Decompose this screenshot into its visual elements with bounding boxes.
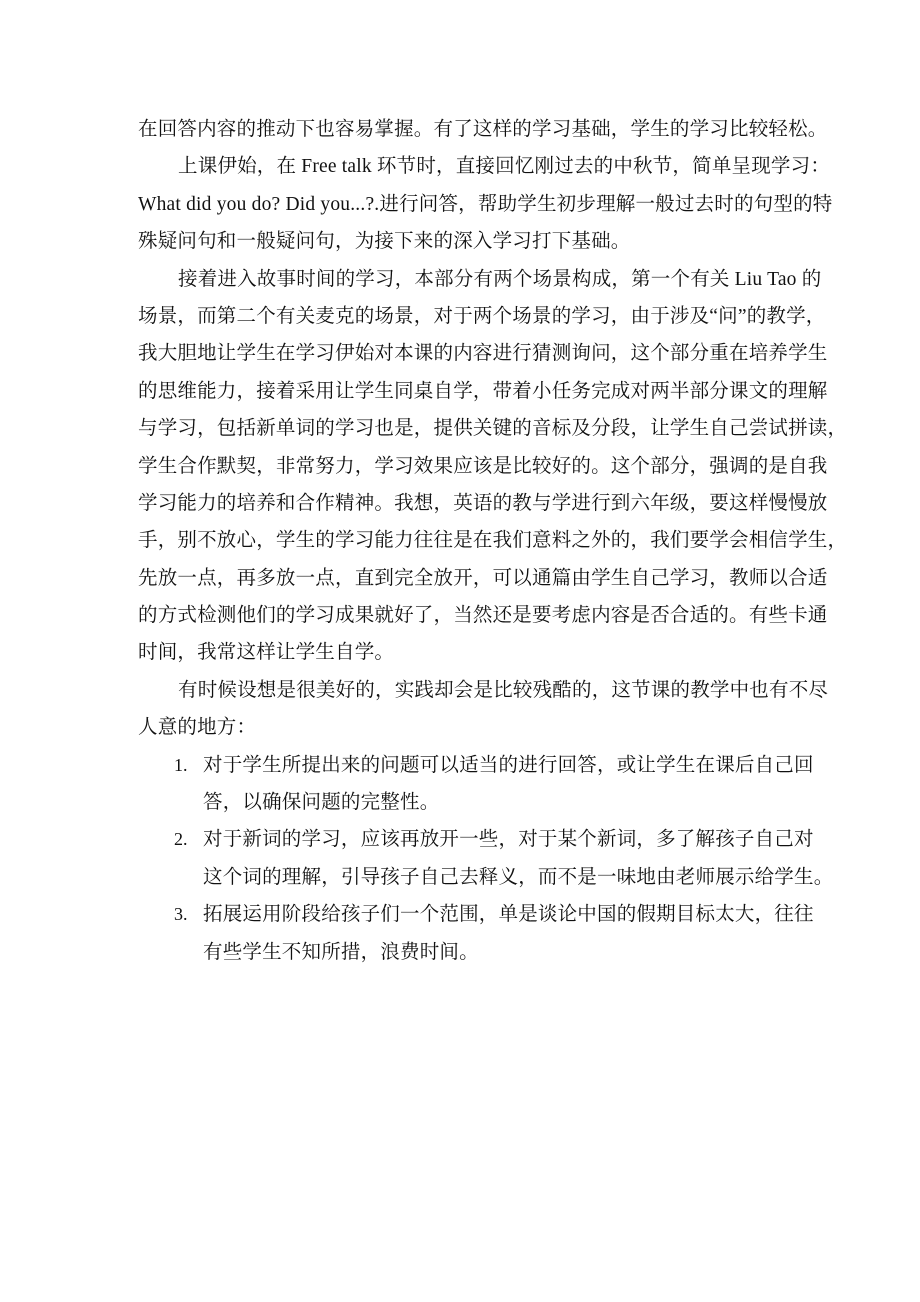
text-line: 与学习，包括新单词的学习也是，提供关键的音标及分段，让学生自己尝试拼读， xyxy=(138,410,782,447)
paragraph-story-time: 接着进入故事时间的学习，本部分有两个场景构成，第一个有关 Liu Tao 的 场… xyxy=(138,261,782,672)
text-line: 手，别不放心，学生的学习能力往往是在我们意料之外的，我们要学会相信学生， xyxy=(138,522,782,559)
text-line: 上课伊始，在 Free talk 环节时，直接回忆刚过去的中秋节，简单呈现学习： xyxy=(138,148,782,185)
list-number: 1. xyxy=(174,747,188,784)
paragraph-continuation: 在回答内容的推动下也容易掌握。有了这样的学习基础，学生的学习比较轻松。 xyxy=(138,111,782,148)
text-line: 的思维能力，接着采用让学生同桌自学，带着小任务完成对两半部分课文的理解 xyxy=(138,373,782,410)
paragraph-free-talk: 上课伊始，在 Free talk 环节时，直接回忆刚过去的中秋节，简单呈现学习：… xyxy=(138,148,782,260)
text-line: 场景，而第二个有关麦克的场景，对于两个场景的学习，由于涉及“问”的教学， xyxy=(138,298,782,335)
text-line: 答，以确保问题的完整性。 xyxy=(203,784,782,821)
text-line: 这个词的理解，引导孩子自己去释义，而不是一味地由老师展示给学生。 xyxy=(203,859,782,896)
text-line: 拓展运用阶段给孩子们一个范围，单是谈论中国的假期目标太大，往往 xyxy=(203,896,782,933)
list-item: 3. 拓展运用阶段给孩子们一个范围，单是谈论中国的假期目标太大，往往 有些学生不… xyxy=(174,896,782,971)
text-line: 对于学生所提出来的问题可以适当的进行回答，或让学生在课后自己回 xyxy=(203,747,782,784)
text-line: What did you do? Did you...?.进行问答，帮助学生初步… xyxy=(138,186,782,223)
paragraph-shortcomings-intro: 有时候设想是很美好的，实践却会是比较残酷的，这节课的教学中也有不尽 人意的地方： xyxy=(138,672,782,747)
text-line: 学习能力的培养和合作精神。我想，英语的教与学进行到六年级，要这样慢慢放 xyxy=(138,485,782,522)
text-line: 有些学生不知所措，浪费时间。 xyxy=(203,934,782,971)
text-line: 我大胆地让学生在学习伊始对本课的内容进行猜测询问，这个部分重在培养学生 xyxy=(138,335,782,372)
text-line: 在回答内容的推动下也容易掌握。有了这样的学习基础，学生的学习比较轻松。 xyxy=(138,111,782,148)
document-page: 在回答内容的推动下也容易掌握。有了这样的学习基础，学生的学习比较轻松。 上课伊始… xyxy=(138,111,782,971)
text-line: 先放一点，再多放一点，直到完全放开，可以通篇由学生自己学习，教师以合适 xyxy=(138,560,782,597)
text-line: 殊疑问句和一般疑问句，为接下来的深入学习打下基础。 xyxy=(138,223,782,260)
text-line: 接着进入故事时间的学习，本部分有两个场景构成，第一个有关 Liu Tao 的 xyxy=(138,261,782,298)
text-line: 学生合作默契，非常努力，学习效果应该是比较好的。这个部分，强调的是自我 xyxy=(138,448,782,485)
list-number: 3. xyxy=(174,896,188,933)
list-item: 1. 对于学生所提出来的问题可以适当的进行回答，或让学生在课后自己回 答，以确保… xyxy=(174,747,782,822)
text-line: 的方式检测他们的学习成果就好了，当然还是要考虑内容是否合适的。有些卡通 xyxy=(138,597,782,634)
shortcomings-list: 1. 对于学生所提出来的问题可以适当的进行回答，或让学生在课后自己回 答，以确保… xyxy=(174,747,782,971)
text-line: 有时候设想是很美好的，实践却会是比较残酷的，这节课的教学中也有不尽 xyxy=(138,672,782,709)
list-number: 2. xyxy=(174,821,188,858)
list-item: 2. 对于新词的学习，应该再放开一些，对于某个新词，多了解孩子自己对 这个词的理… xyxy=(174,821,782,896)
text-line: 时间，我常这样让学生自学。 xyxy=(138,634,782,671)
text-line: 对于新词的学习，应该再放开一些，对于某个新词，多了解孩子自己对 xyxy=(203,821,782,858)
text-line: 人意的地方： xyxy=(138,709,782,746)
